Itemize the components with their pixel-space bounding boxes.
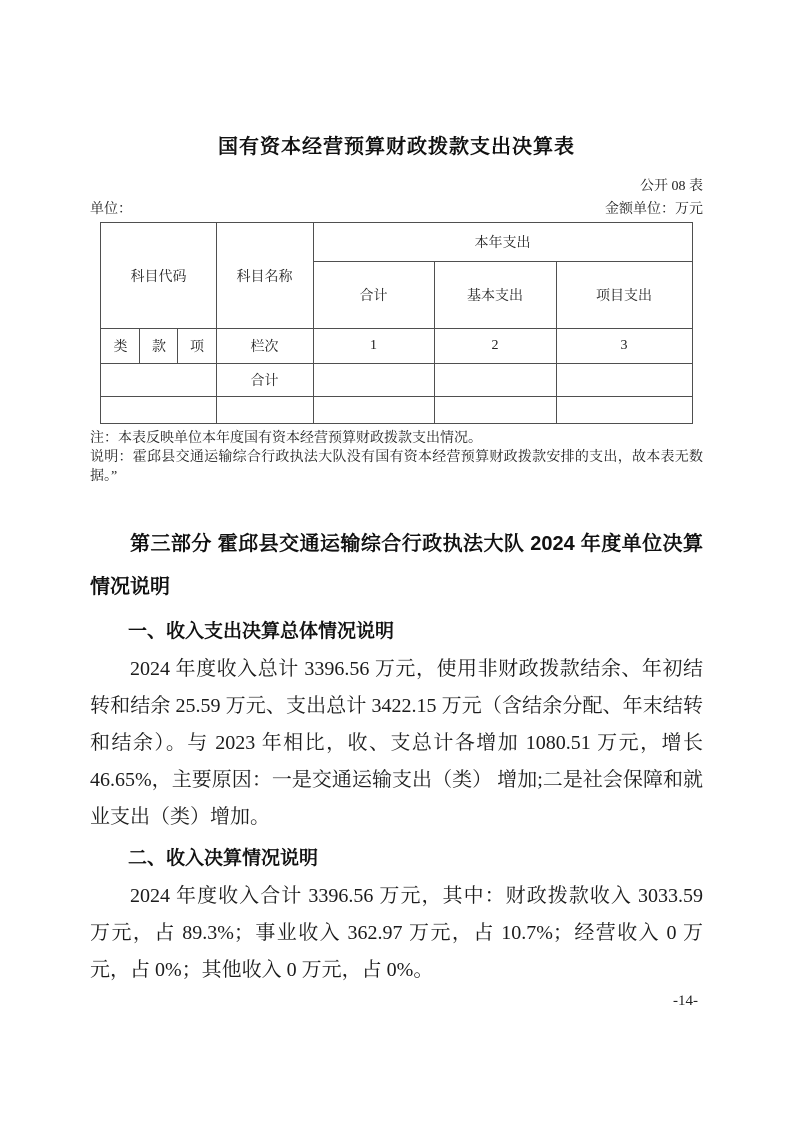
table-header-row-1: 科目代码 科目名称 本年支出: [101, 223, 692, 262]
row-code-cell: [101, 397, 216, 424]
explanation-line: 说明：霍邱县交通运输综合行政执法大队没有国有资本经营预算财政拨款安排的支出，故本…: [90, 448, 703, 486]
cell-item: 款: [140, 329, 178, 364]
amount-unit-label: 金额单位：万元: [605, 200, 703, 220]
header-subject-code: 科目代码: [101, 223, 216, 329]
paragraph-1: 2024 年度收入总计 3396.56 万元，使用非财政拨款结余、年初结转和结余…: [90, 651, 703, 836]
subheading-2: 二、收入决算情况说明: [90, 845, 703, 873]
row-basic-cell: [434, 364, 556, 397]
part3-heading: 第三部分 霍邱县交通运输综合行政执法大队 2024 年度单位决算情况说明: [90, 523, 703, 609]
document-page: 国有资本经营预算财政拨款支出决算表 公开 08 表 单位： 金额单位：万元 科目…: [0, 0, 793, 1122]
row-project-cell: [556, 364, 692, 397]
table-row: [101, 397, 692, 424]
public-table-label: 公开 08 表: [90, 178, 703, 196]
cell-col2: 2: [434, 329, 556, 364]
table-notes: 注：本表反映单位本年度国有资本经营预算财政拨款支出情况。 说明：霍邱县交通运输综…: [90, 429, 703, 486]
row-project-cell: [556, 397, 692, 424]
page-title: 国有资本经营预算财政拨款支出决算表: [90, 133, 703, 161]
paragraph-2: 2024 年度收入合计 3396.56 万元，其中：财政拨款收入 3033.59…: [90, 878, 703, 989]
expenditure-table: 科目代码 科目名称 本年支出 合计 基本支出 项目支出 类 款 项 栏次 1 2…: [100, 222, 692, 424]
cell-column-label: 栏次: [216, 329, 313, 364]
cell-sub-item: 项: [178, 329, 216, 364]
meta-row: 单位： 金额单位：万元: [90, 200, 703, 220]
row-basic-cell: [434, 397, 556, 424]
table-row: 合计: [101, 364, 692, 397]
row-code-cell: [101, 364, 216, 397]
header-subject-name: 科目名称: [216, 223, 313, 329]
page-number: -14-: [673, 993, 698, 1010]
header-current-year-expenditure: 本年支出: [313, 223, 692, 262]
subheading-1: 一、收入支出决算总体情况说明: [90, 618, 703, 646]
unit-label: 单位：: [90, 200, 132, 220]
column-index-row: 类 款 项 栏次 1 2 3: [101, 329, 692, 364]
cell-category: 类: [101, 329, 140, 364]
row-name-cell: 合计: [216, 364, 313, 397]
header-project-expenditure: 项目支出: [556, 262, 692, 329]
row-name-cell: [216, 397, 313, 424]
header-basic-expenditure: 基本支出: [434, 262, 556, 329]
cell-col1: 1: [313, 329, 434, 364]
row-total-cell: [313, 364, 434, 397]
note-line: 注：本表反映单位本年度国有资本经营预算财政拨款支出情况。: [90, 429, 703, 448]
header-total: 合计: [313, 262, 434, 329]
cell-col3: 3: [556, 329, 692, 364]
row-total-cell: [313, 397, 434, 424]
